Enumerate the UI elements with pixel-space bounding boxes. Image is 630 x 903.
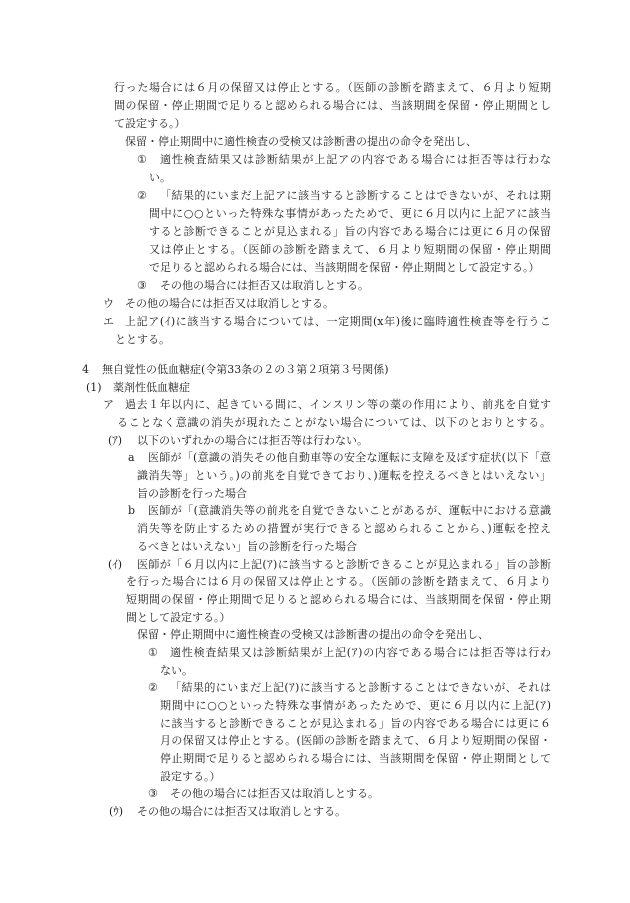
clause-line: 以下のいずれかの場合には拒否等は行わない。 bbox=[137, 432, 368, 450]
item-line: 適性検査結果又は診断結果が上記(ｱ)の内容である場合には拒否等は行わ bbox=[170, 644, 551, 662]
item-line: 設定する。） bbox=[160, 768, 221, 786]
paragraph-line: 行った場合には６月の保留又は停止とする。（医師の診断を踏まえて、６月より短期 bbox=[114, 79, 551, 97]
item-marker: ア bbox=[103, 396, 114, 414]
clause-line: 短期間の保留・停止期間で足りると認められる場合には、当該期間を保留・停止期 bbox=[126, 591, 551, 609]
order-intro: 保留・停止期間中に適性検査の受検又は診断書の提出の命令を発出し、 bbox=[125, 133, 477, 151]
item-line: すると診断できることが見込まれる」旨の内容である場合には更に６月の保留 bbox=[149, 223, 551, 241]
item-line: 適性検査結果又は診断結果が上記アの内容である場合には拒否等は行わな bbox=[160, 151, 551, 169]
item-line: 過去１年以内に、起きている間に、インスリン等の薬の作用により、前兆を自覚す bbox=[125, 396, 551, 414]
item-marker: ② bbox=[148, 679, 158, 697]
item-line: ない。 bbox=[160, 662, 193, 680]
item-line: 停止期間で足りると認められる場合には、当該期間を保留・停止期間として bbox=[160, 750, 551, 768]
clause-marker: (ｲ) bbox=[108, 556, 122, 574]
item-line: 「結果的にいまだ上記アに該当すると診断することはできないが、それは期 bbox=[160, 187, 551, 205]
item-line: ととする。 bbox=[115, 331, 170, 349]
subitem-line: 識消失等」という。)の前兆を自覚できており、)運転を控えるべきとはいえない」 bbox=[137, 467, 551, 485]
document-page: 行った場合には６月の保留又は停止とする。（医師の診断を踏まえて、６月より短期 間… bbox=[0, 0, 630, 903]
clause-marker: (ｱ) bbox=[108, 432, 122, 450]
item-line: 又は停止とする。（医師の診断を踏まえて、６月より短期間の保留・停止期間 bbox=[149, 241, 551, 259]
clause-line: 間として設定する。） bbox=[126, 609, 231, 627]
section-title: 無自覚性の低血糖症(令第33条の２の３第２項第３号関係) bbox=[102, 361, 389, 379]
clause-line: を行った場合には６月の保留又は停止とする。（医師の診断を踏まえて、６月より bbox=[126, 573, 551, 591]
item-line: 期間中に○○といった特殊な事情があったためで、更に６月以内に上記(ｱ) bbox=[160, 697, 551, 715]
item-marker: ② bbox=[137, 187, 147, 205]
subitem-line: るべきとはいえない」旨の診断を行った場合 bbox=[137, 538, 357, 556]
item-marker: ウ bbox=[103, 295, 114, 313]
clause-line: 医師が「６月以内に上記(ｱ)に該当すると診断できることが見込まれる」旨の診断 bbox=[137, 556, 551, 574]
order-intro: 保留・停止期間中に適性検査の受検又は診断書の提出の命令を発出し、 bbox=[137, 626, 489, 644]
item-line: 「結果的にいまだ上記(ｱ)に該当すると診断することはできないが、それは bbox=[170, 679, 551, 697]
subitem-marker: a bbox=[128, 449, 135, 467]
subsection-marker: (1) bbox=[86, 379, 102, 397]
subitem-line: 旨の診断を行った場合 bbox=[137, 485, 247, 503]
section-number: 4 bbox=[82, 361, 89, 379]
item-line: その他の場合には拒否又は取消しとする。 bbox=[170, 785, 379, 803]
item-line: 上記ア(ｲ)に該当する場合については、一定期間(x年)後に臨時適性検査等を行うこ bbox=[125, 313, 551, 331]
subsection-title: 薬剤性低血糖症 bbox=[113, 379, 190, 397]
clause-marker: (ｳ) bbox=[109, 803, 123, 821]
subitem-line: 消失等を防止するための措置が実行できると認められることから、)運転を控え bbox=[137, 520, 551, 538]
item-marker: ③ bbox=[137, 277, 147, 295]
item-marker: ① bbox=[137, 151, 147, 169]
item-line: 月の保留又は停止とする。(医師の診断を踏まえて、６月より短期間の保留・ bbox=[160, 732, 551, 750]
item-line: に該当すると診断できることが見込まれる」旨の内容である場合には更に６ bbox=[160, 715, 551, 733]
paragraph-line: 間の保留・停止期間で足りると認められる場合には、当該期間を保留・停止期間とし bbox=[114, 97, 551, 115]
item-line: その他の場合には拒否又は取消しとする。 bbox=[160, 277, 369, 295]
item-line: その他の場合には拒否又は取消しとする。 bbox=[125, 295, 334, 313]
clause-line: その他の場合には拒否又は取消しとする。 bbox=[137, 803, 346, 821]
subitem-line: 医師が「(意識消失等の前兆を自覚できないことがあるが、運転中における意識 bbox=[148, 502, 551, 520]
item-line: で足りると認められる場合には、当該期間を保留・停止期間として設定する。） bbox=[149, 259, 540, 277]
item-marker: エ bbox=[103, 313, 114, 331]
paragraph-line: て設定する。） bbox=[114, 115, 186, 133]
subitem-marker: b bbox=[128, 502, 135, 520]
item-marker: ③ bbox=[148, 785, 158, 803]
item-line: い。 bbox=[149, 169, 171, 187]
item-line: 間中に○○といった特殊な事情があったためで、更に６月以内に上記アに該当 bbox=[149, 205, 551, 223]
subitem-line: 医師が「(意識の消失その他自動車等の安全な運転に支障を及ぼす症状(以下「意 bbox=[148, 449, 551, 467]
item-marker: ① bbox=[148, 644, 158, 662]
item-line: ることなく意識の消失が現れたことがない場合については、以下のとおりとする。 bbox=[117, 414, 551, 432]
